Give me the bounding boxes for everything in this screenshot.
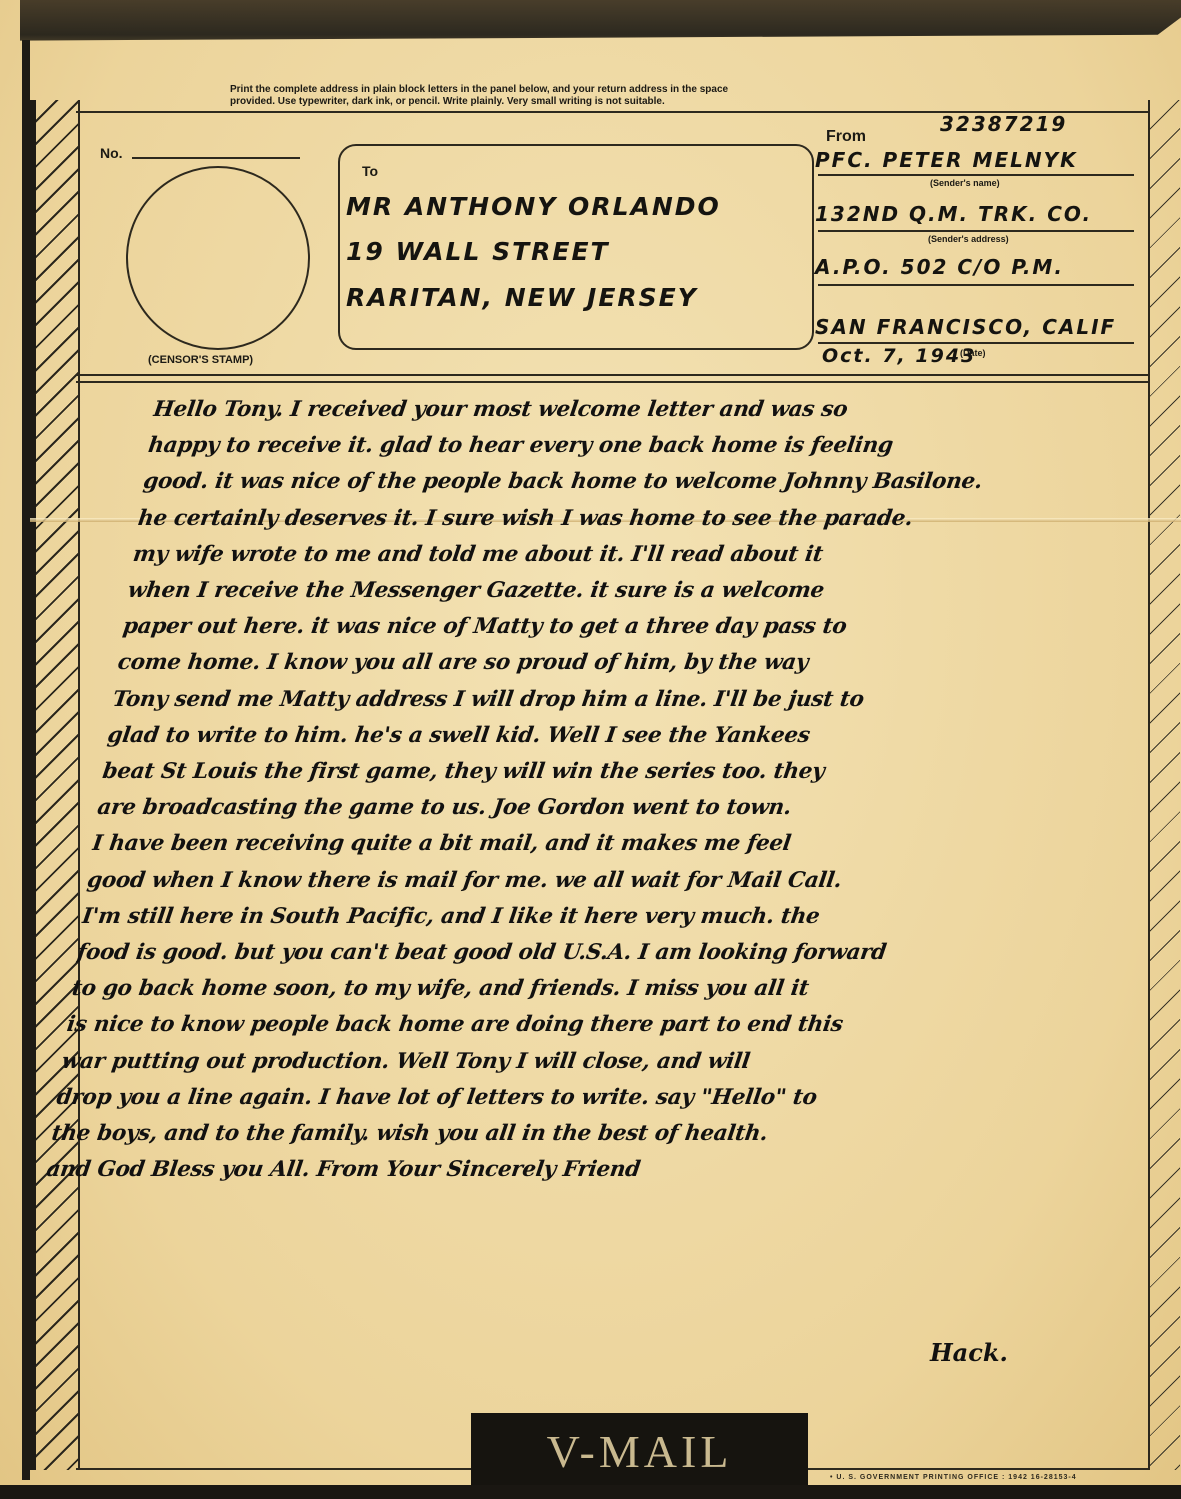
letter-line: to go back home soon, to my wife, and fr… bbox=[69, 971, 1114, 1007]
letter-line: come home. I know you all are so proud o… bbox=[115, 645, 1160, 681]
v-mail-logo: V-MAIL bbox=[471, 1413, 808, 1485]
censor-stamp-circle bbox=[126, 166, 310, 350]
letter-line: I have been receiving quite a bit mail, … bbox=[90, 826, 1135, 862]
instructions-line-1: Print the complete address in plain bloc… bbox=[230, 84, 1010, 96]
recipient-street: 19 WALL STREET bbox=[346, 237, 610, 266]
letter-line: paper out here. it was nice of Matty to … bbox=[120, 609, 1165, 645]
sender-apo-line bbox=[818, 284, 1134, 286]
letter-line: drop you a line again. I have lot of let… bbox=[54, 1080, 1099, 1116]
left-border bbox=[22, 40, 30, 1480]
left-hatch-margin bbox=[30, 100, 80, 1470]
letter-line: good when I know there is mail for me. w… bbox=[85, 863, 1130, 899]
address-panel-bottom-rule-2 bbox=[76, 381, 1148, 383]
instructions-line-2: provided. Use typewriter, dark ink, or p… bbox=[230, 96, 1010, 108]
letter-line: good. it was nice of the people back hom… bbox=[141, 464, 1181, 500]
letter-line: beat St Louis the first game, they will … bbox=[100, 754, 1145, 790]
letter-line: war putting out production. Well Tony I … bbox=[59, 1044, 1104, 1080]
letter-line: are broadcasting the game to us. Joe Gor… bbox=[95, 790, 1140, 826]
sender-address-line bbox=[818, 230, 1134, 232]
letter-line: the boys, and to the family. wish you al… bbox=[49, 1116, 1094, 1152]
sender-city: SAN FRANCISCO, CALIF bbox=[815, 315, 1116, 339]
sender-apo: A.P.O. 502 C/O P.M. bbox=[815, 255, 1064, 279]
date-caption: (Date) bbox=[960, 348, 986, 358]
number-label: No. bbox=[100, 145, 123, 161]
printer-note: • U. S. GOVERNMENT PRINTING OFFICE : 194… bbox=[830, 1474, 1077, 1481]
sender-name-line bbox=[818, 174, 1134, 176]
letter-line: when I receive the Messenger Gazette. it… bbox=[125, 573, 1170, 609]
recipient-city: RARITAN, NEW JERSEY bbox=[346, 283, 698, 312]
recipient-name: MR ANTHONY ORLANDO bbox=[346, 192, 721, 221]
sender-address-caption: (Sender's address) bbox=[928, 234, 1009, 244]
censor-stamp-label: (CENSOR'S STAMP) bbox=[148, 354, 253, 366]
sender-unit: 132ND Q.M. TRK. CO. bbox=[815, 202, 1092, 226]
letter-line: he certainly deserves it. I sure wish I … bbox=[136, 501, 1181, 537]
letter-line: Hello Tony. I received your most welcome… bbox=[151, 392, 1181, 428]
to-label: To bbox=[362, 163, 378, 179]
letter-line: is nice to know people back home are doi… bbox=[64, 1007, 1109, 1043]
sender-city-line bbox=[818, 342, 1134, 344]
number-field-line[interactable] bbox=[132, 157, 300, 159]
sender-name-caption: (Sender's name) bbox=[930, 178, 1000, 188]
sender-serial-number: 32387219 bbox=[940, 112, 1067, 136]
letter-line: food is good. but you can't beat good ol… bbox=[75, 935, 1120, 971]
letter-line: Tony send me Matty address I will drop h… bbox=[110, 682, 1155, 718]
signature: Hack. bbox=[930, 1338, 1008, 1367]
letter-line: and God Bless you All. From Your Sincere… bbox=[44, 1152, 1089, 1188]
address-panel-bottom-rule bbox=[76, 374, 1148, 376]
letter-date: Oct. 7, 1943 bbox=[822, 345, 976, 367]
sender-name: PFC. PETER MELNYK bbox=[815, 148, 1078, 172]
letter-line: I'm still here in South Pacific, and I l… bbox=[80, 899, 1125, 935]
letter-line: happy to receive it. glad to hear every … bbox=[146, 428, 1181, 464]
letter-line: glad to write to him. he's a swell kid. … bbox=[105, 718, 1150, 754]
form-instructions: Print the complete address in plain bloc… bbox=[230, 84, 1010, 108]
handwritten-letter-body: Hello Tony. I received your most welcome… bbox=[44, 392, 1181, 1188]
right-hatch-margin bbox=[1148, 100, 1180, 1470]
from-label: From bbox=[826, 128, 866, 146]
scan-bottom-shadow bbox=[0, 1485, 1181, 1499]
letter-line: my wife wrote to me and told me about it… bbox=[131, 537, 1176, 573]
